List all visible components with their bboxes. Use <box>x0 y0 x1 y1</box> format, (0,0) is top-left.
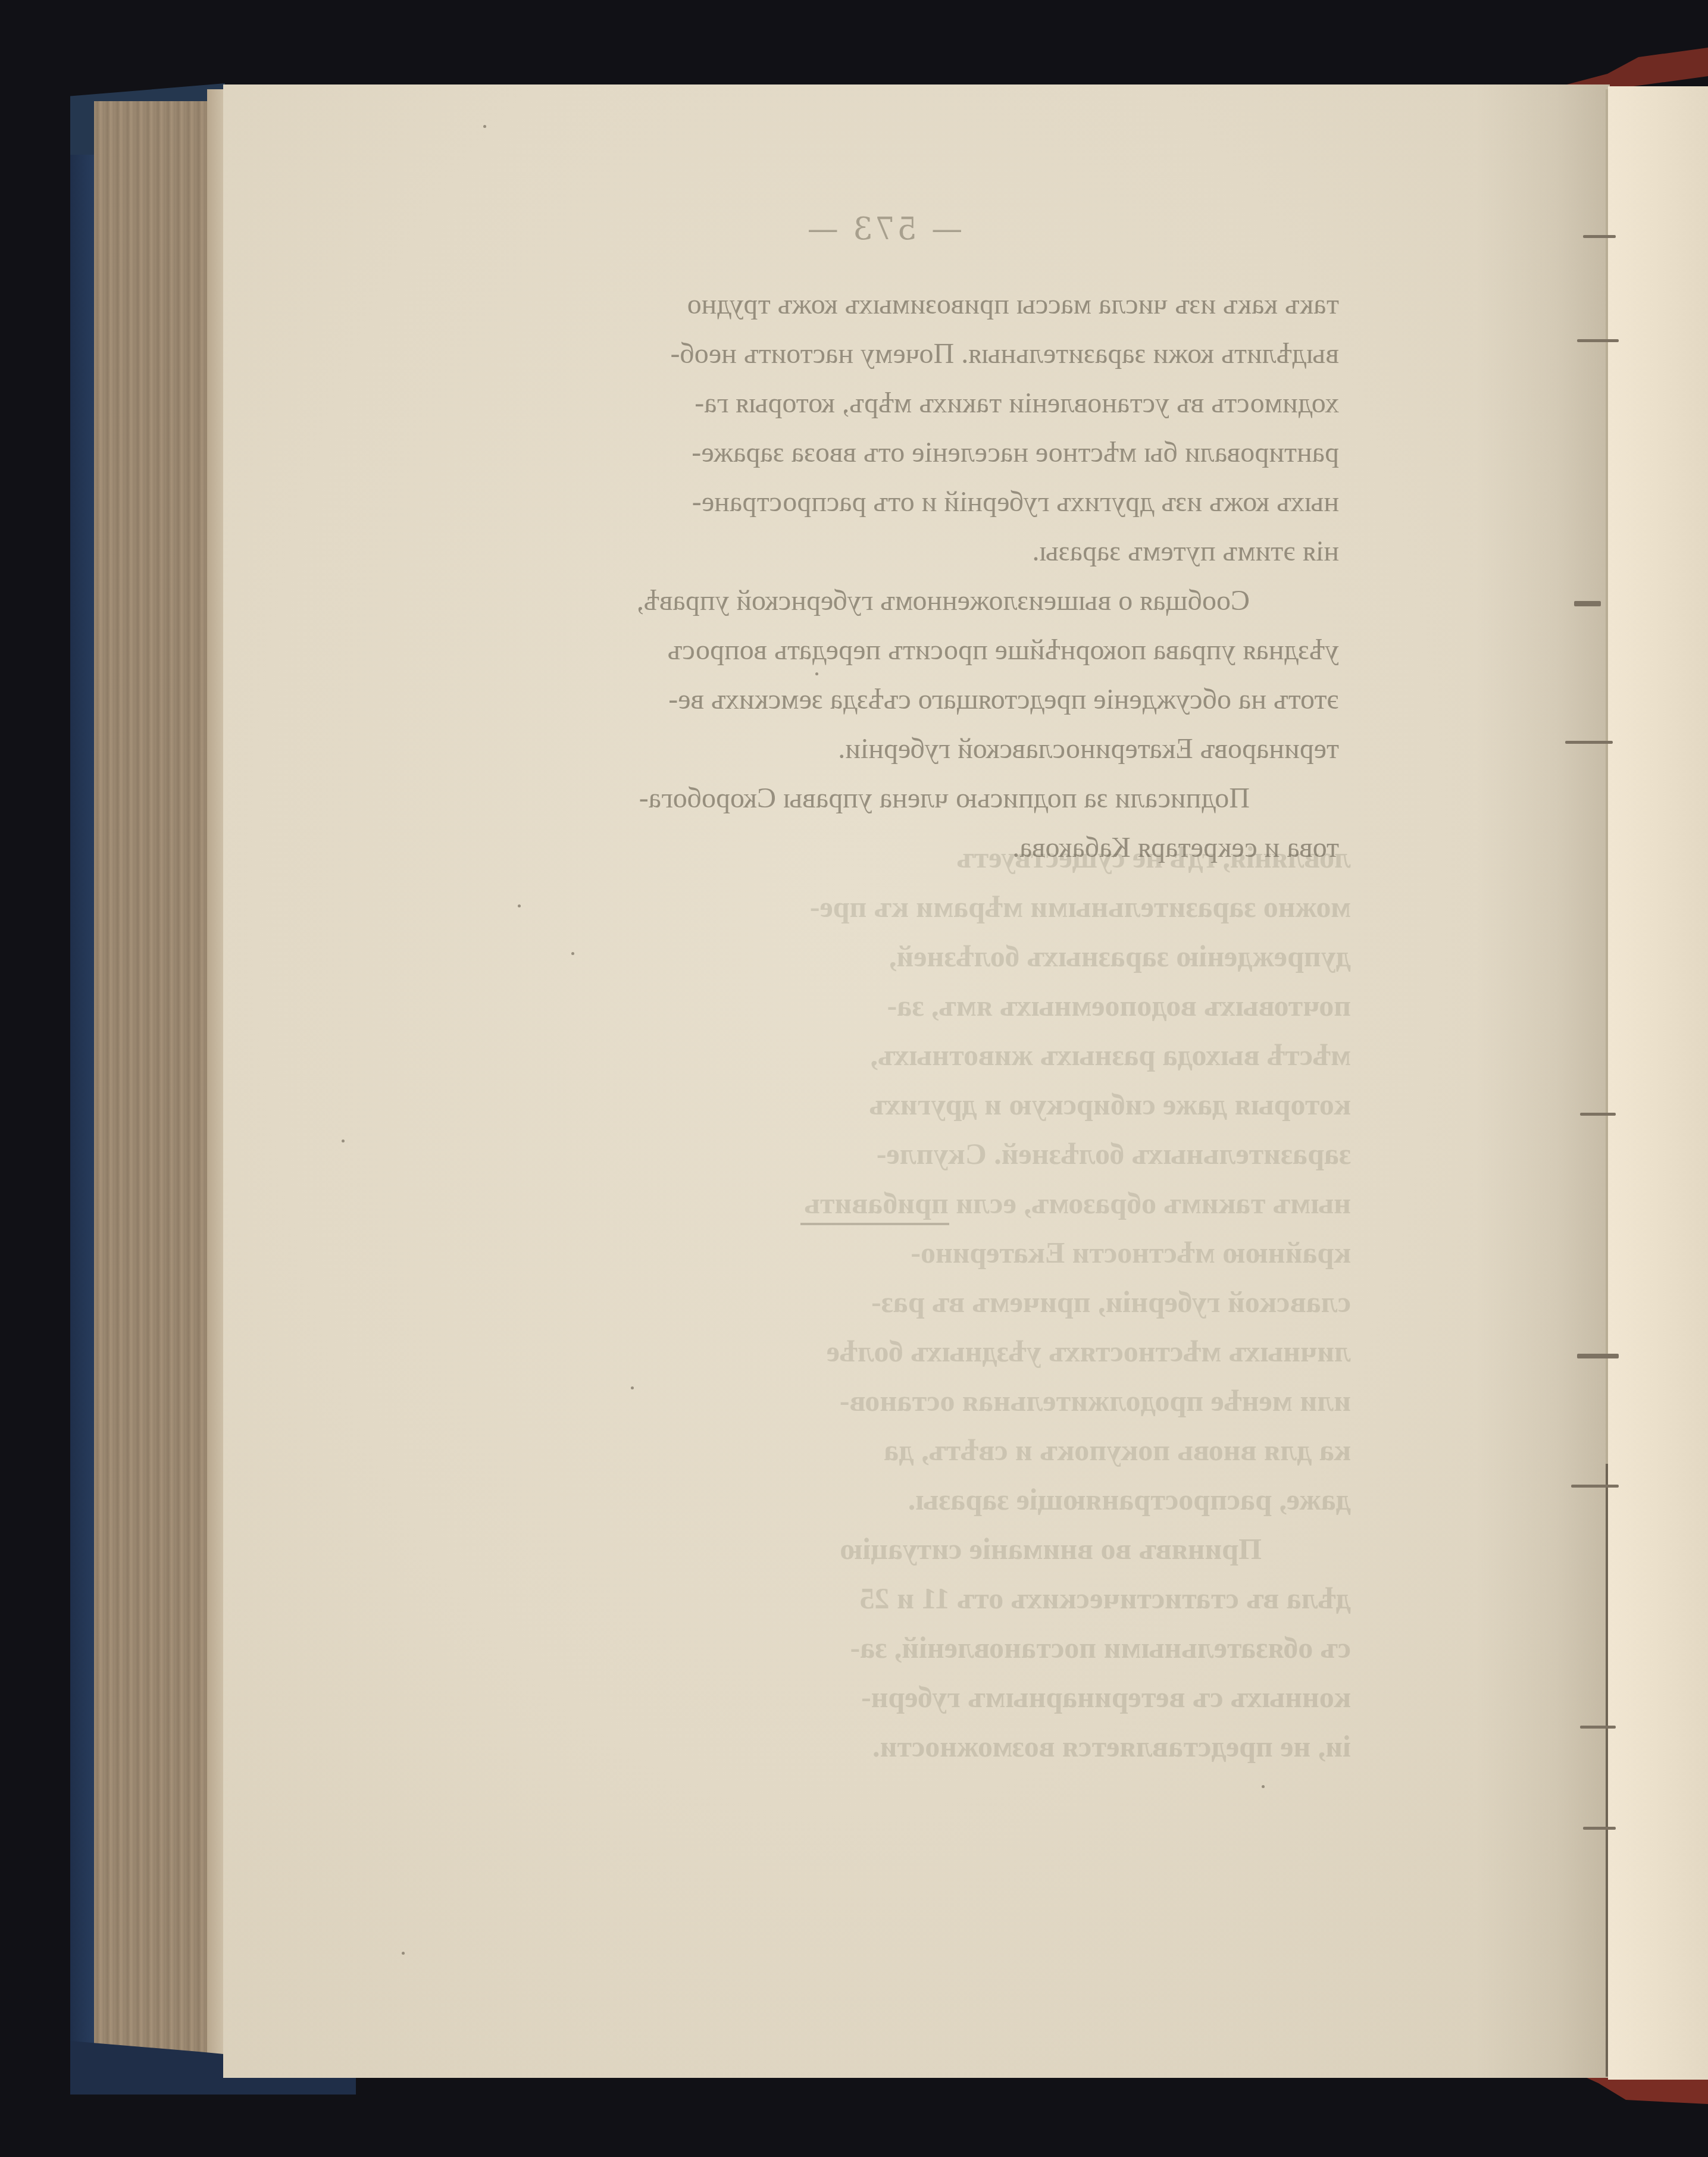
text-line: ныхъ кожъ изъ другихъ губерній и отъ рас… <box>411 477 1339 527</box>
bleed-line: съ обязательными постановленій, за- <box>714 1623 1351 1673</box>
bleed-line: можно заразительными мѣрами къ пре- <box>714 882 1351 932</box>
text-line: уѣздная управа покорнѣйше проситъ переда… <box>411 625 1339 675</box>
text-line: такъ какъ изъ числа массы привозимыхъ ко… <box>411 280 1339 329</box>
bleed-line: заразительныхъ болѣзней. Скупле- <box>714 1129 1351 1179</box>
bleed-line: ка для вновь покупокъ и свѣтъ, да <box>714 1426 1351 1475</box>
binding-stitch-icon <box>1580 1726 1616 1729</box>
bleed-line: славской губерніи, причемъ въ раз- <box>714 1278 1351 1327</box>
paper-speck <box>1262 1785 1265 1788</box>
facing-page-edge <box>1608 86 1708 2080</box>
bleed-line: мѣстѣ выхода разныхъ животныхъ, <box>714 1031 1351 1080</box>
main-text-block: такъ какъ изъ числа массы привозимыхъ ко… <box>411 280 1339 872</box>
page-stack-highlight <box>207 89 225 2065</box>
bleed-line: дѣла въ статистическихъ отъ 11 и 25 <box>714 1574 1351 1623</box>
bleed-line: крайнюю мѣстности Екатерино- <box>714 1228 1351 1278</box>
gutter-line-lower <box>1606 1464 1608 2077</box>
text-line: Подписали за подписью члена управы Скоро… <box>411 774 1339 823</box>
bleed-line: или менѣе продолжительная останов- <box>714 1376 1351 1426</box>
bleed-through-rule <box>800 1223 949 1225</box>
paper-speck <box>631 1386 634 1389</box>
paper-speck <box>571 952 574 955</box>
text-line: Сообщая о вышеизложенномъ губернской упр… <box>411 576 1339 625</box>
gutter-shadow <box>1476 84 1610 2078</box>
binding-stitch-icon <box>1583 1827 1616 1830</box>
text-line: выдѣлить кожи заразительныя. Почему наст… <box>411 329 1339 378</box>
bleed-line: нымъ такимъ образомъ, если прибавить <box>714 1179 1351 1228</box>
binding-stitch-icon <box>1571 1485 1619 1488</box>
bleed-through-text: ловлянія, гдѣ не существуетъ можно зараз… <box>714 833 1351 1771</box>
binding-stitch-icon <box>1577 339 1619 342</box>
text-line: нія этимъ путемъ заразы. <box>411 527 1339 576</box>
bleed-line: почтовыхъ водопоемныхъ ямъ, за- <box>714 981 1351 1031</box>
binding-stitch-icon <box>1577 1354 1619 1358</box>
bleed-line: личныхъ мѣстностяхъ уѣздныхъ болѣе <box>714 1327 1351 1376</box>
binding-stitch-icon <box>1574 601 1601 606</box>
text-line: теринаровъ Екатеринославской губерніи. <box>411 724 1339 774</box>
text-line: това и секретаря Кабакова. <box>411 823 1339 872</box>
bleed-line: іи, не представляется возможности. <box>714 1722 1351 1771</box>
paper-speck <box>483 125 486 128</box>
paper-speck <box>518 904 521 907</box>
binding-stitch-icon <box>1565 741 1613 744</box>
paper-speck <box>342 1139 345 1142</box>
text-line: рантировали бы мѣстное населеніе отъ вво… <box>411 428 1339 477</box>
bleed-line: Принявъ во вниманіе ситуацію <box>714 1524 1351 1574</box>
binding-stitch-icon <box>1580 1113 1616 1116</box>
text-line: этотъ на обсужденіе предстоящаго съѣзда … <box>411 675 1339 724</box>
bleed-line: дупрежденію заразныхъ болѣзней, <box>714 932 1351 981</box>
bleed-line: которыя даже сибирскую и другихъ <box>714 1080 1351 1129</box>
binding-stitch-icon <box>1583 235 1616 238</box>
text-line: ходимость въ установленіи такихъ мѣръ, к… <box>411 378 1339 428</box>
bleed-line: конныхъ съ ветеринарнымъ губерн- <box>714 1673 1351 1722</box>
paper-speck <box>815 672 818 675</box>
page-stack-edges <box>94 101 226 2059</box>
page-number: — 573 — <box>786 211 982 247</box>
paper-speck <box>402 1952 405 1955</box>
bleed-line: даже, распространяющіе заразы. <box>714 1475 1351 1524</box>
